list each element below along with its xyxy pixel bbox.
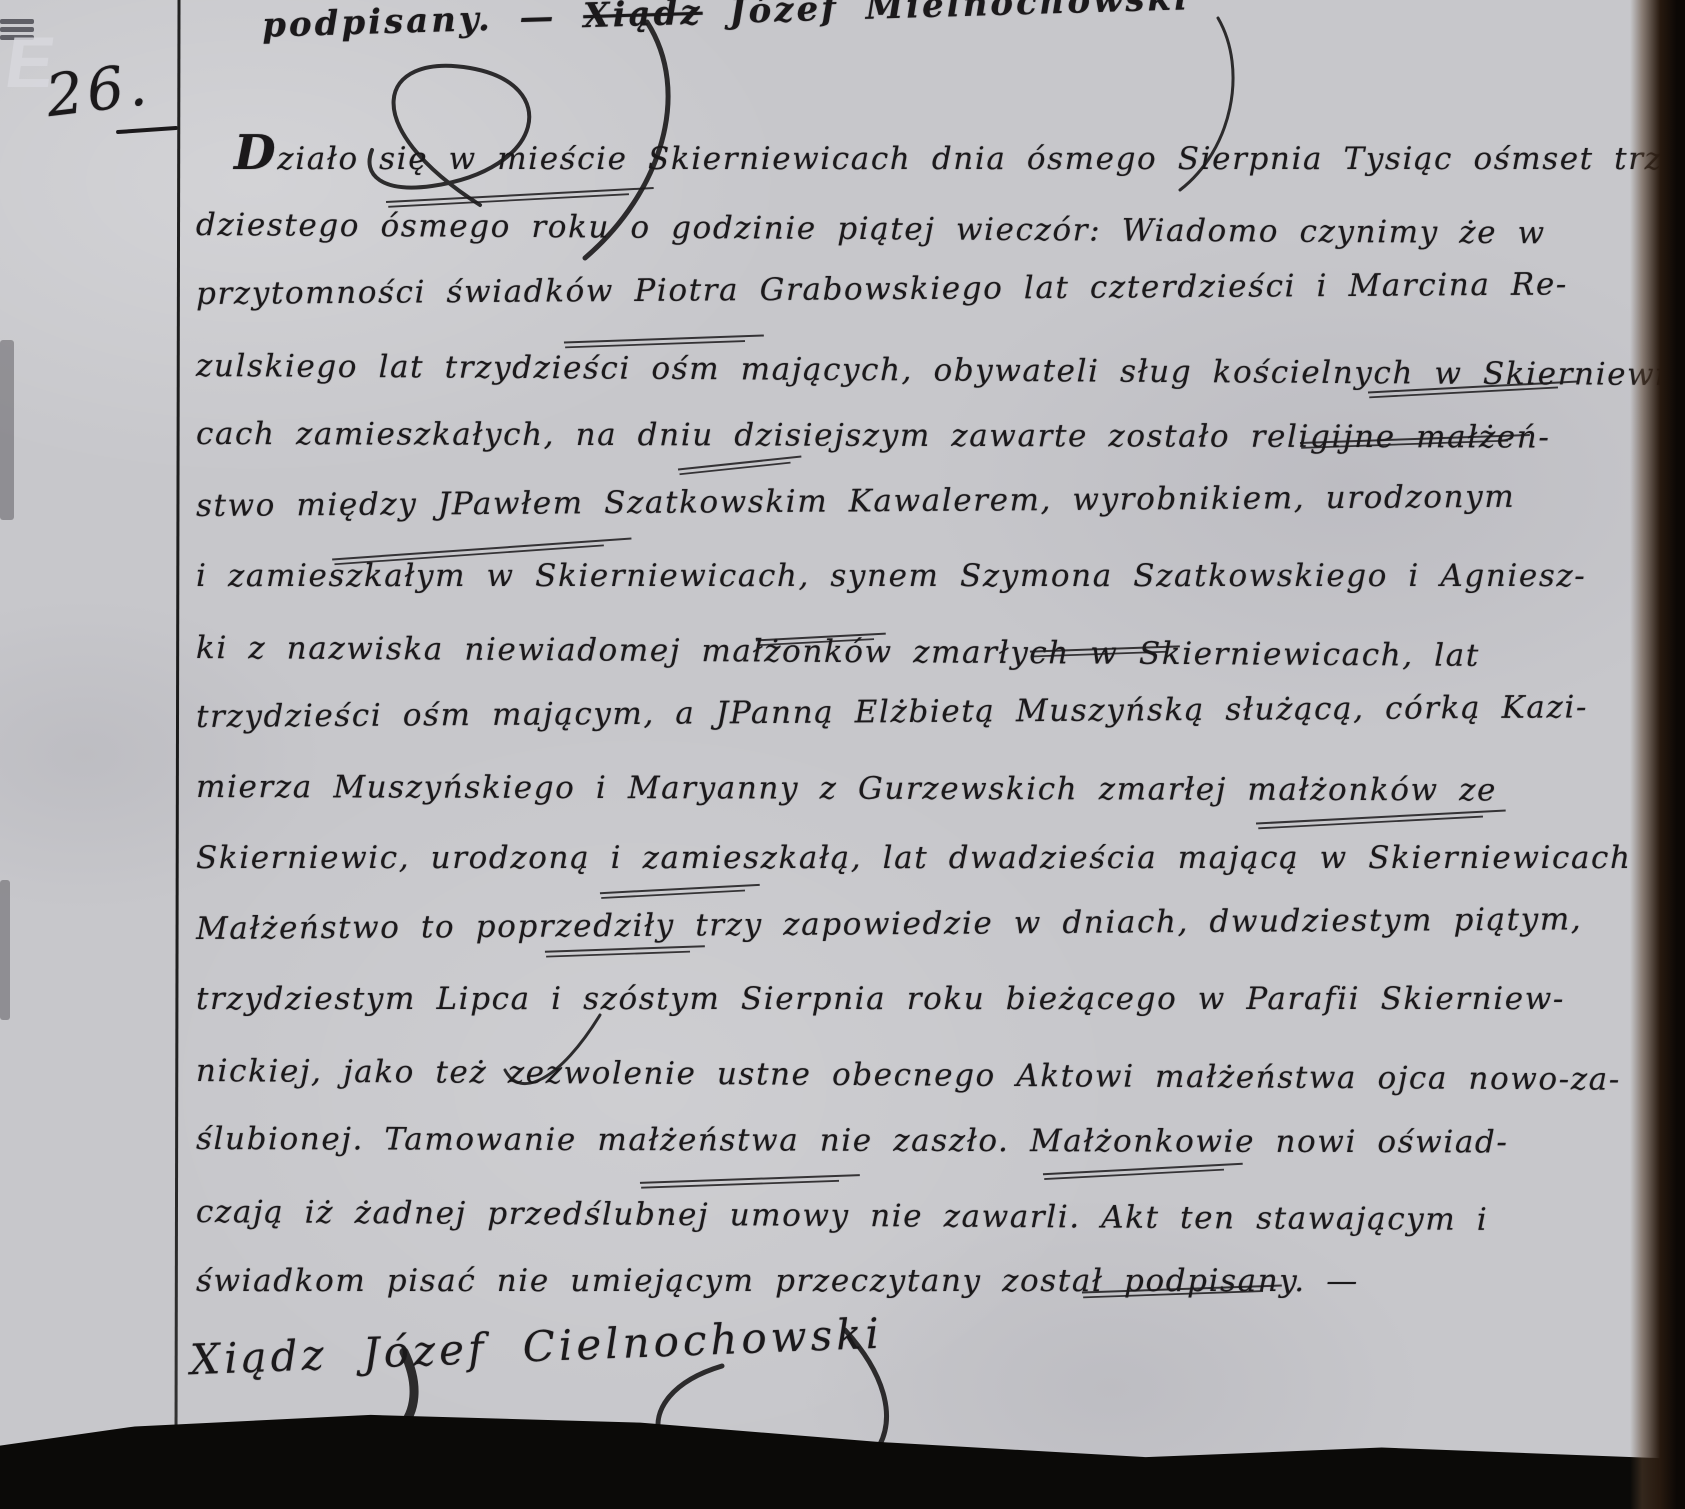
handwritten-line: trzydziestym Lipca i szóstym Sierpnia ro… — [196, 964, 1642, 1035]
act-number: 26. — [42, 50, 154, 130]
handwritten-line: Małżeństwo to poprzedziły trzy zapowiedz… — [196, 883, 1642, 964]
struck-word: Xiądz — [583, 0, 704, 36]
previous-act-fragment: podpisany. — Xiądz Józef Mielnochowski — [262, 0, 1191, 46]
handwritten-line: świadkom pisać nie umiejącym przeczytany… — [196, 1246, 1642, 1317]
previous-act-text: podpisany. — — [262, 0, 557, 46]
priest-signature: Xiądz Józef Cielnochowski — [189, 1309, 884, 1385]
handwritten-line: nickiej, jako też zezwolenie ustne obecn… — [196, 1036, 1642, 1115]
book-gutter-edge — [1630, 0, 1685, 1509]
handwritten-line: i zamieszkałym w Skierniewicach, synem S… — [196, 541, 1642, 612]
handwritten-line: Skierniewic, urodzoną i zamieszkałą, lat… — [196, 823, 1642, 894]
page-bottom-edge — [0, 1413, 1685, 1509]
edge-smudge — [0, 880, 10, 1020]
handwritten-line: przytomności świadków Piotra Grabowskieg… — [196, 249, 1642, 330]
handwritten-line: stwo między JPawłem Szatkowskim Kawalere… — [196, 460, 1642, 541]
handwritten-line: trzydzieści ośm mającym, a JPanną Elżbie… — [196, 672, 1642, 753]
edge-smudge — [0, 340, 14, 520]
act-body: Działo się w mieście Skierniewicach dnia… — [196, 118, 1642, 1317]
handwritten-line: Działo się w mieście Skierniewicach dnia… — [234, 118, 1642, 189]
margin-dash-stroke — [116, 126, 178, 134]
margin-rule-line — [174, 0, 180, 1448]
handwritten-line: ślubionej. Tamowanie małżeństwa nie zasz… — [196, 1104, 1642, 1178]
previous-act-signature: Józef Mielnochowski — [729, 0, 1191, 32]
handwritten-line: zulskiego lat trzydzieści ośm mających, … — [196, 331, 1642, 410]
document-page: E 26. podpisany. — Xiądz Józef Mielnocho… — [0, 0, 1685, 1509]
handwritten-line: czają iż żadnej przedślubnej umowy nie z… — [196, 1177, 1642, 1256]
